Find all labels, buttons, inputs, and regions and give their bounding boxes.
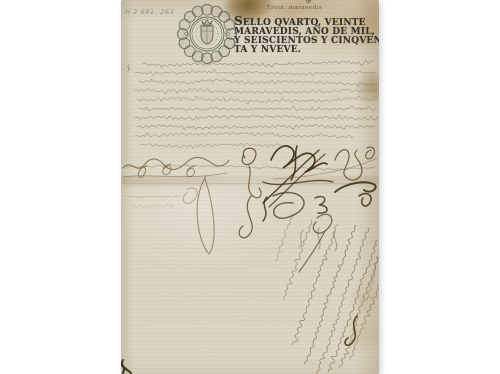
show-through-line: [146, 319, 351, 325]
handwritten-line: [135, 115, 377, 120]
signature-flourish: [315, 197, 327, 214]
handwritten-line: [137, 125, 375, 130]
handwritten-line: [137, 96, 377, 103]
signature-flourish: [123, 158, 229, 170]
signature-flourish: [335, 182, 376, 192]
seal-stamp: [177, 4, 236, 63]
docket-rotated-block: [274, 214, 379, 374]
manuscript-text-block: [123, 61, 377, 170]
handwritten-line: [139, 79, 377, 86]
handwritten-line: [141, 143, 281, 148]
show-through-line: [141, 265, 341, 270]
signature-flourish: [345, 316, 357, 345]
faint-note-line: [127, 195, 179, 198]
signature-flourish: [138, 164, 195, 177]
signature-flourish: [183, 188, 197, 203]
signature-flourish: [242, 148, 256, 164]
signature-flourish: [239, 196, 252, 238]
handwritten-line: [135, 88, 377, 94]
signature-flourish: [366, 147, 375, 159]
margin-cross-mark: [126, 64, 131, 72]
signature-flourish: [335, 150, 362, 180]
show-through-line: [151, 246, 321, 252]
docket-line: [337, 247, 379, 370]
signature-flourish: [249, 166, 261, 198]
docket-line: [281, 219, 315, 301]
ink-layer: [121, 0, 379, 374]
faint-note-line: [131, 205, 173, 208]
signature-flourish: [121, 360, 131, 374]
manuscript-page: H 2 691. 263 ✠ Trein. maravedis SELLO QV…: [121, 0, 379, 374]
handwritten-line: [135, 132, 353, 137]
handwritten-line: [139, 106, 377, 111]
docket-line: [291, 224, 339, 346]
signature-flourish: [313, 214, 332, 233]
verso-show-through: [141, 246, 351, 353]
show-through-line: [171, 346, 321, 352]
handwritten-line: [143, 61, 373, 68]
signature-flourish: [299, 231, 325, 272]
signatures: [121, 146, 377, 374]
signature-flourish: [197, 176, 214, 254]
signature-flourish: [273, 193, 304, 219]
signature-flourish: [359, 194, 371, 206]
docket-line: [326, 239, 379, 372]
scan-background: H 2 691. 263 ✠ Trein. maravedis SELLO QV…: [0, 0, 500, 374]
show-through-line: [161, 293, 341, 298]
docket-line: [274, 214, 294, 262]
handwritten-line: [135, 70, 375, 76]
signature-flourish: [263, 180, 333, 184]
